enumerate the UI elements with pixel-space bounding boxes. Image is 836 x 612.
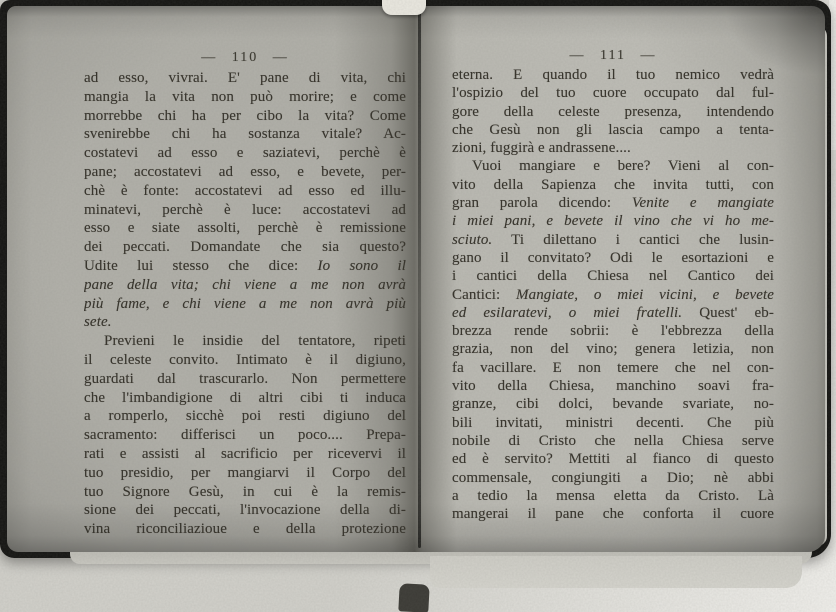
text-line: eterna. E quando il tuo nemico vedrà: [452, 66, 774, 84]
text-segment: Cantici:: [452, 287, 516, 303]
text-segment: commensale, congiungiti a Dio; nè abbi: [452, 470, 774, 486]
text-segment: dei peccati. Domandate che sia questo?: [84, 239, 406, 255]
text-line: il celeste convito. Intimato è il digiun…: [84, 351, 406, 370]
text-segment: esso e siate assolti, perchè è remission…: [84, 220, 406, 236]
text-line: chè è fonte: accostatevi ad esso ed illu…: [84, 182, 406, 201]
text-segment: zioni, fuggirà e andrassene....: [452, 140, 631, 156]
text-segment: Vuoi mangiare e bere? Vieni al con-: [472, 158, 774, 174]
book-scan-photo: — 110 — ad esso, vivrai. E' pane di vita…: [0, 0, 836, 612]
text-segment: Quest' eb-: [682, 305, 774, 321]
text-segment: sione dei peccati, l'invocazione della d…: [84, 502, 406, 518]
text-line: sacramento: differisci un poco.... Prepa…: [84, 426, 406, 445]
text-line: pane della vita; chi viene a me non avrà: [84, 276, 406, 295]
text-segment: brezza rende sobrii: è l'ebbrezza della: [452, 323, 774, 339]
text-line: fa vacillare. E non temere che nel con-: [452, 359, 774, 377]
page-number-right: — 111 —: [452, 46, 774, 66]
text-segment: Io sono il: [318, 258, 407, 274]
text-segment: rati e assisti al sacrificio per ricever…: [84, 446, 406, 462]
text-segment: Udite lui stesso che dice:: [84, 258, 318, 274]
text-line: più fame, e chi viene a me non avrà più: [84, 295, 406, 314]
text-line: svenirebbe chi ha sostanza vitale? Ac-: [84, 125, 406, 144]
text-segment: vito della Chiesa, manchino soavi fra-: [452, 378, 774, 394]
gutter-shadow: [418, 10, 421, 548]
text-line: vito della Sapienza che invita tutti, co…: [452, 176, 774, 194]
text-segment: mangia la vita non può morire; e come: [84, 89, 406, 105]
text-line: sciuto. Ti dilettano i cantici che lusin…: [452, 231, 774, 249]
text-segment: Mangiate, o miei vicini, e bevete: [516, 287, 774, 303]
spine-top-notch: [382, 0, 426, 15]
text-segment: eterna. E quando il tuo nemico vedrà: [452, 67, 774, 83]
text-segment: Previeni le insidie del tentatore, ripet…: [104, 333, 406, 349]
text-line: ed è servito? Mettiti al fianco di quest…: [452, 450, 774, 468]
text-line: guardati dal trascurarlo. Non permettere: [84, 370, 406, 389]
text-segment: Venite e mangiate: [632, 195, 774, 211]
text-line: ed esilaratevi, o miei fratelli. Quest' …: [452, 304, 774, 322]
text-line: commensale, congiungiti a Dio; nè abbi: [452, 469, 774, 487]
text-segment: tuo Signore Gesù, in cui è la remis-: [84, 484, 406, 500]
text-segment: minatevi, perchè è luce: accostatevi ad: [84, 202, 406, 218]
text-segment: Ti dilettano i cantici che lusin-: [492, 232, 774, 248]
text-segment: sciuto.: [452, 232, 492, 248]
page-stack-edge-lower: [430, 556, 802, 588]
text-line: Previeni le insidie del tentatore, ripet…: [84, 332, 406, 351]
text-line: Udite lui stesso che dice: Io sono il: [84, 257, 406, 276]
text-segment: sete.: [84, 314, 112, 330]
text-line: l'ospizio del tuo cuore occupato dal ful…: [452, 84, 774, 102]
text-line: vito della Chiesa, manchino soavi fra-: [452, 377, 774, 395]
text-line: nobile di Cristo che nella Chiesa serve: [452, 432, 774, 450]
text-line: gore della celeste presenza, intendendo: [452, 103, 774, 121]
text-line: morrebbe chi ha per cibo la vita? Come: [84, 107, 406, 126]
text-line: sione dei peccati, l'invocazione della d…: [84, 501, 406, 520]
text-segment: vito della Sapienza che invita tutti, co…: [452, 177, 774, 193]
text-line: Cantici: Mangiate, o miei vicini, e beve…: [452, 286, 774, 304]
text-segment: nobile di Cristo che nella Chiesa serve: [452, 433, 774, 449]
text-segment: gore della celeste presenza, intendendo: [452, 104, 774, 120]
text-segment: svenirebbe chi ha sostanza vitale? Ac-: [84, 126, 406, 142]
text-segment: sacramento: differisci un poco.... Prepa…: [84, 427, 406, 443]
text-line: esso e siate assolti, perchè è remission…: [84, 219, 406, 238]
text-line: costatevi ad esso e saziatevi, perchè è: [84, 144, 406, 163]
text-line: granze, cibi dolci, bevande svariate, no…: [452, 395, 774, 413]
text-segment: vina riconciliazioue e della protezione: [84, 521, 406, 537]
text-line: Vuoi mangiare e bere? Vieni al con-: [452, 157, 774, 175]
text-segment: ed esilaratevi, o miei fratelli.: [452, 305, 682, 321]
text-segment: fa vacillare. E non temere che nel con-: [452, 360, 774, 376]
text-segment: più fame, e chi viene a me non avrà più: [84, 296, 406, 312]
text-segment: morrebbe chi ha per cibo la vita? Come: [84, 108, 406, 124]
text-segment: grazia, non del vino; genera letizia, no…: [452, 341, 774, 357]
text-segment: a tedio la mensa eletta da Cristo. Là: [452, 488, 774, 504]
text-segment: costatevi ad esso e saziatevi, perchè è: [84, 145, 406, 161]
text-segment: che Gesù non gli lascia campo a tenta-: [452, 122, 774, 138]
text-segment: ad esso, vivrai. E' pane di vita, chi: [84, 70, 406, 86]
text-line: minatevi, perchè è luce: accostatevi ad: [84, 201, 406, 220]
text-line: bili invitati, ministri decenti. Che più: [452, 414, 774, 432]
text-segment: i miei pani, e bevete il vino che vi ho …: [452, 213, 774, 229]
text-line: ad esso, vivrai. E' pane di vita, chi: [84, 69, 406, 88]
page-111: — 111 — eterna. E quando il tuo nemico v…: [452, 46, 774, 523]
text-segment: ed è servito? Mettiti al fianco di quest…: [452, 451, 774, 467]
page-number-left: — 110 —: [84, 48, 406, 68]
text-line: vina riconciliazioue e della protezione: [84, 520, 406, 539]
text-segment: che l'imbandigione di altri cibi ti indu…: [84, 390, 406, 406]
spine-bottom-tail: [398, 583, 429, 612]
text-line: gran parola dicendo: Venite e mangiate: [452, 194, 774, 212]
text-segment: bili invitati, ministri decenti. Che più: [452, 415, 774, 431]
right-page-lines: eterna. E quando il tuo nemico vedràl'os…: [452, 66, 774, 523]
text-segment: a romperlo, sicchè poi resti digiuno del: [84, 408, 406, 424]
text-segment: pane della vita; chi viene a me non avrà: [84, 277, 406, 293]
text-segment: tuo presidio, per mangiarvi il Corpo del: [84, 465, 406, 481]
text-line: tuo presidio, per mangiarvi il Corpo del: [84, 464, 406, 483]
text-line: i miei pani, e bevete il vino che vi ho …: [452, 212, 774, 230]
left-page-lines: ad esso, vivrai. E' pane di vita, chiman…: [84, 69, 406, 539]
text-line: rati e assisti al sacrificio per ricever…: [84, 445, 406, 464]
text-line: gano il convitato? Odi le esortazioni e: [452, 249, 774, 267]
page-110: — 110 — ad esso, vivrai. E' pane di vita…: [84, 48, 406, 539]
text-line: tuo Signore Gesù, in cui è la remis-: [84, 483, 406, 502]
text-line: dei peccati. Domandate che sia questo?: [84, 238, 406, 257]
text-line: a romperlo, sicchè poi resti digiuno del: [84, 407, 406, 426]
text-line: pane; accostatevi ad esso, e bevete, per…: [84, 163, 406, 182]
text-segment: gano il convitato? Odi le esortazioni e: [452, 250, 774, 266]
text-line: i cantici della Chiesa nel Cantico dei: [452, 267, 774, 285]
text-line: mangia la vita non può morire; e come: [84, 88, 406, 107]
text-line: mangerai il pane che conforta il cuore: [452, 505, 774, 523]
text-segment: guardati dal trascurarlo. Non permettere: [84, 371, 406, 387]
text-segment: il celeste convito. Intimato è il digiun…: [84, 352, 406, 368]
text-segment: i cantici della Chiesa nel Cantico dei: [452, 268, 774, 284]
text-segment: mangerai il pane che conforta il cuore: [452, 506, 774, 522]
text-segment: gran parola dicendo:: [452, 195, 632, 211]
text-line: sete.: [84, 313, 406, 332]
text-segment: pane; accostatevi ad esso, e bevete, per…: [84, 164, 406, 180]
text-line: zioni, fuggirà e andrassene....: [452, 139, 774, 157]
text-line: brezza rende sobrii: è l'ebbrezza della: [452, 322, 774, 340]
text-segment: l'ospizio del tuo cuore occupato dal ful…: [452, 85, 774, 101]
text-line: che l'imbandigione di altri cibi ti indu…: [84, 389, 406, 408]
text-segment: chè è fonte: accostatevi ad esso ed illu…: [84, 183, 406, 199]
text-segment: granze, cibi dolci, bevande svariate, no…: [452, 396, 774, 412]
text-line: che Gesù non gli lascia campo a tenta-: [452, 121, 774, 139]
text-line: grazia, non del vino; genera letizia, no…: [452, 340, 774, 358]
text-line: a tedio la mensa eletta da Cristo. Là: [452, 487, 774, 505]
